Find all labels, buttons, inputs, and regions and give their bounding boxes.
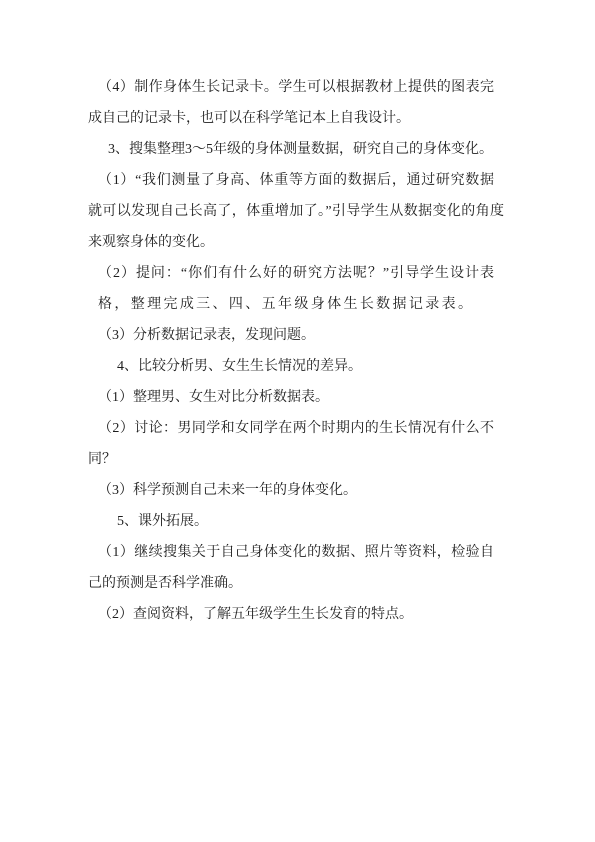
text-line: （4）制作身体生长记录卡。学生可以根据教材上提供的图表完	[98, 72, 494, 103]
text-line: 成自己的记录卡，也可以在科学笔记本上自我设计。	[88, 103, 504, 134]
text-line: 就可以发现自己长高了，体重增加了。”引导学生从数据变化的角度	[88, 196, 504, 227]
text-line: （3）科学预测自己未来一年的身体变化。	[98, 475, 504, 506]
text-line: （1）整理男、女生对比分析数据表。	[98, 382, 504, 413]
document-body: （4）制作身体生长记录卡。学生可以根据教材上提供的图表完 成自己的记录卡，也可以…	[88, 72, 504, 630]
text-line: 己的预测是否科学准确。	[88, 568, 504, 599]
text-line: 同？	[88, 444, 504, 475]
text-line: 4、比较分析男、女生生长情况的差异。	[117, 351, 504, 382]
text-line: 3、搜集整理3～5年级的身体测量数据，研究自己的身体变化。	[108, 134, 504, 165]
text-line: （2）讨论：男同学和女同学在两个时期内的生长情况有什么不	[98, 413, 494, 444]
document-page: （4）制作身体生长记录卡。学生可以根据教材上提供的图表完 成自己的记录卡，也可以…	[0, 0, 595, 842]
text-line: （1）“我们测量了身高、体重等方面的数据后，通过研究数据	[98, 165, 494, 196]
text-line: 5、课外拓展。	[117, 506, 504, 537]
text-line: 格，整理完成三、四、五年级身体生长数据记录表。	[98, 289, 472, 320]
text-line: （2）提问：“你们有什么好的研究方法呢？”引导学生设计表	[98, 258, 494, 289]
text-line: （1）继续搜集关于自己身体变化的数据、照片等资料，检验自	[98, 537, 494, 568]
text-line: （3）分析数据记录表，发现问题。	[98, 320, 504, 351]
text-line: 来观察身体的变化。	[88, 227, 504, 258]
text-line: （2）查阅资料，了解五年级学生生长发育的特点。	[98, 599, 504, 630]
